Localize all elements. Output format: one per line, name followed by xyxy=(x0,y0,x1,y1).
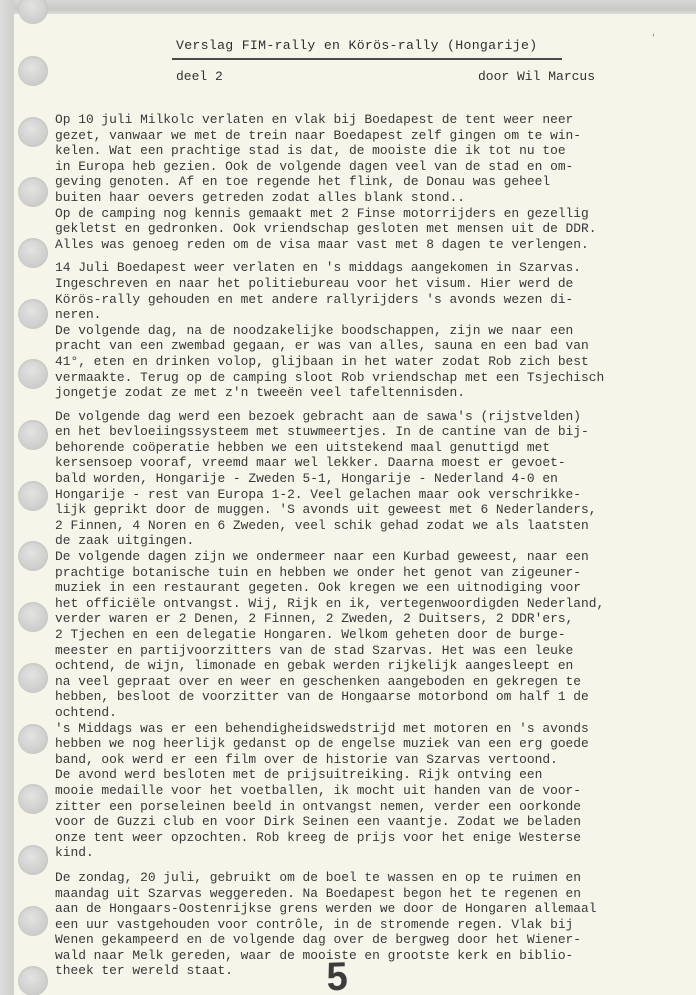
text-line: neren. xyxy=(55,307,675,323)
text-line: in Europa heb gezien. Ook de volgende da… xyxy=(55,159,675,175)
page-number: 5 xyxy=(326,955,349,995)
binder-hole xyxy=(18,56,48,86)
text-line: De volgende dag, na de noodzakelijke boo… xyxy=(55,323,675,339)
stray-mark: ' xyxy=(651,34,656,43)
text-line: De volgende dagen zijn we ondermeer naar… xyxy=(55,549,675,565)
text-line: kersensoep vooraf, vreemd maar wel lekke… xyxy=(55,455,675,471)
text-line: zitter een porseleinen beeld in ontvangs… xyxy=(55,799,675,815)
text-line: pracht van een zwembad gegaan, er was va… xyxy=(55,338,675,354)
text-line: lijk geprikt door de muggen. 'S avonds u… xyxy=(55,502,675,518)
text-line: theek ter wereld staat. xyxy=(55,963,675,979)
text-line: 14 Juli Boedapest weer verlaten en 's mi… xyxy=(55,260,675,276)
text-line: Alles was genoeg reden om de visa maar v… xyxy=(55,237,675,253)
text-line: prachtige botanische tuin en hebben we o… xyxy=(55,565,675,581)
text-line: voor de Guzzi club en voor Dirk Seinen e… xyxy=(55,814,675,830)
text-line: 's Middags was er een behendigheidswedst… xyxy=(55,721,675,737)
text-line: 2 Tjechen en een delegatie Hongaren. Wel… xyxy=(55,627,675,643)
binder-hole xyxy=(18,541,48,571)
text-line: Hongarije - rest van Europa 1-2. Veel ge… xyxy=(55,487,675,503)
binder-hole xyxy=(18,845,48,875)
scan-left-edge xyxy=(0,0,14,995)
text-line: mooie medaille voor het voetballen, ik m… xyxy=(55,783,675,799)
binder-hole xyxy=(18,238,48,268)
text-line: meester en partijvoorzitters van de stad… xyxy=(55,643,675,659)
text-line: geving genoten. Af en toe regende het fl… xyxy=(55,174,675,190)
text-line: buiten haar oevers getreden zodat alles … xyxy=(55,190,675,206)
paragraph: De zondag, 20 juli, gebruikt om de boel … xyxy=(55,870,675,979)
part-label: deel 2 xyxy=(176,69,223,84)
text-line: jongetje zodat ze met z'n tweeën veel ta… xyxy=(55,385,675,401)
binder-hole xyxy=(18,481,48,511)
binder-hole xyxy=(18,117,48,147)
text-line: hebben, besloot de voorzitter van de Hon… xyxy=(55,689,675,705)
text-line: wald naar Melk gereden, waar de mooiste … xyxy=(55,948,675,964)
binder-hole xyxy=(18,724,48,754)
text-line: De avond werd besloten met de prijsuitre… xyxy=(55,767,675,783)
text-line: Körös-rally gehouden en met andere rally… xyxy=(55,292,675,308)
text-line: muziek in een restaurant gegeten. Ook kr… xyxy=(55,580,675,596)
text-line: band, ook werd er een film over de histo… xyxy=(55,752,675,768)
text-line: een uur vastgehouden voor contrôle, in d… xyxy=(55,917,675,933)
paragraph: Op 10 juli Milkolc verlaten en vlak bij … xyxy=(55,112,675,252)
binder-hole xyxy=(18,663,48,693)
text-line: verder waren er 2 Denen, 2 Finnen, 2 Zwe… xyxy=(55,611,675,627)
text-line: en het bevloeiingssysteem met stuwmeertj… xyxy=(55,424,675,440)
binder-hole xyxy=(18,299,48,329)
text-line: onze tent weer opzochten. Rob kreeg de p… xyxy=(55,830,675,846)
binder-hole xyxy=(18,420,48,450)
text-line: 41°, eten en drinken volop, glijbaan in … xyxy=(55,354,675,370)
text-line: na veel gepraat over en weer en geschenk… xyxy=(55,674,675,690)
text-line: de zaak uitgingen. xyxy=(55,533,675,549)
text-line: Op de camping nog kennis gemaakt met 2 F… xyxy=(55,206,675,222)
binder-hole xyxy=(18,906,48,936)
document-title: Verslag FIM-rally en Körös-rally (Hongar… xyxy=(176,38,537,53)
binder-hole xyxy=(18,359,48,389)
text-line: 2 Finnen, 4 Noren en 6 Zweden, veel schi… xyxy=(55,518,675,534)
text-line: De zondag, 20 juli, gebruikt om de boel … xyxy=(55,870,675,886)
article-body: Op 10 juli Milkolc verlaten en vlak bij … xyxy=(55,112,675,979)
title-underline xyxy=(172,58,562,60)
text-line: Op 10 juli Milkolc verlaten en vlak bij … xyxy=(55,112,675,128)
binder-hole xyxy=(18,966,48,995)
text-line: aan de Hongaars-Oostenrijkse grens werde… xyxy=(55,901,675,917)
paragraph: De volgende dag werd een bezoek gebracht… xyxy=(55,409,675,861)
text-line: vermaakte. Terug op de camping sloot Rob… xyxy=(55,370,675,386)
text-line: hebben we nog heerlijk gedanst op de eng… xyxy=(55,736,675,752)
text-line: bald worden, Hongarije - Zweden 5-1, Hon… xyxy=(55,471,675,487)
text-line: ochtend, de wijn, limonade en gebak werd… xyxy=(55,658,675,674)
binder-hole xyxy=(18,602,48,632)
text-line: Ingeschreven en naar het politiebureau v… xyxy=(55,276,675,292)
text-line: maandag uit Szarvas weggereden. Na Boeda… xyxy=(55,886,675,902)
author-byline: door Wil Marcus xyxy=(478,69,595,84)
text-line: het officiële ontvangst. Wij, Rijk en ik… xyxy=(55,596,675,612)
text-line: behorende coöperatie hebben we een uitst… xyxy=(55,440,675,456)
binder-hole xyxy=(18,177,48,207)
text-line: De volgende dag werd een bezoek gebracht… xyxy=(55,409,675,425)
text-line: gekletst en gedronken. Ook vriendschap g… xyxy=(55,221,675,237)
binder-hole xyxy=(18,784,48,814)
paragraph: 14 Juli Boedapest weer verlaten en 's mi… xyxy=(55,260,675,400)
text-line: Wenen gekampeerd en de volgende dag over… xyxy=(55,932,675,948)
text-line: kelen. Wat een prachtige stad is dat, de… xyxy=(55,143,675,159)
text-line: ochtend. xyxy=(55,705,675,721)
text-line: gezet, vanwaar we met de trein naar Boed… xyxy=(55,128,675,144)
text-line: kind. xyxy=(55,845,675,861)
